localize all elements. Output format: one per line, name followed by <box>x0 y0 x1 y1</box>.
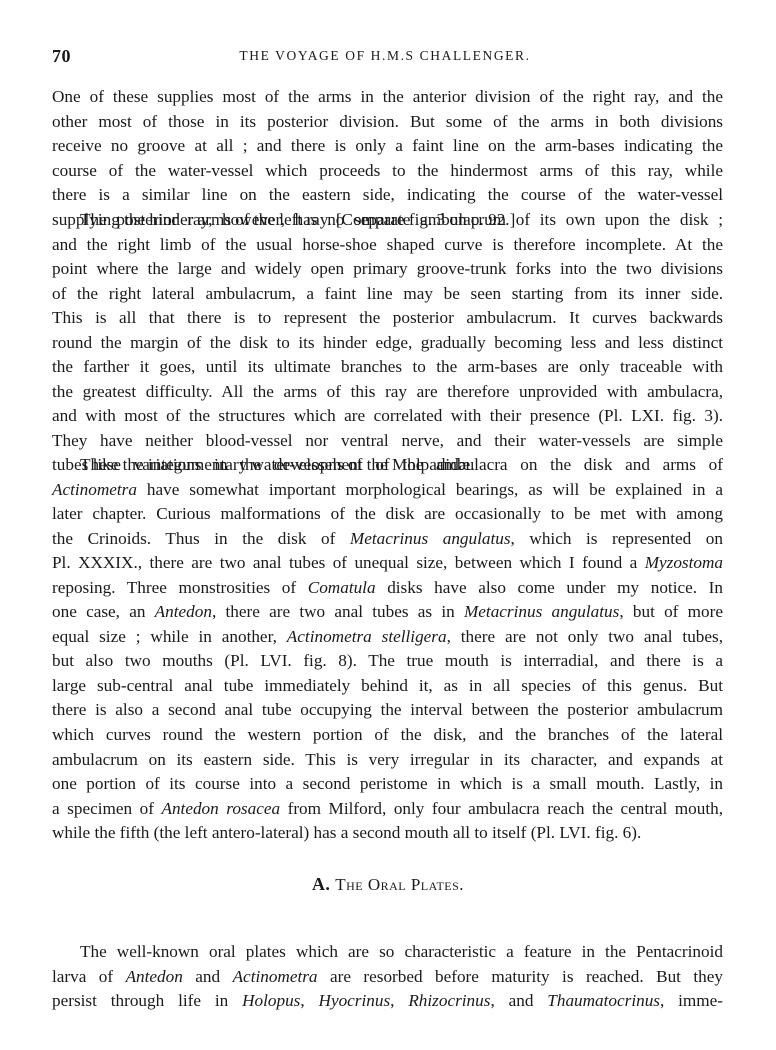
text-run: One of these supplies most of the arms i… <box>52 87 723 106</box>
text-run: are resorbed before maturity is reached.… <box>318 967 723 986</box>
text-run: , there are two anal tubes as in <box>212 602 464 621</box>
text-run: , <box>300 991 318 1010</box>
text-run: , imme- <box>660 991 723 1010</box>
text-run: larva of <box>52 967 126 986</box>
text-line: The posterior ray, however, has no separ… <box>52 208 723 233</box>
text-run: there is a similar line on the eastern s… <box>52 185 723 204</box>
italic-taxon-name: Metacrinus angulatus <box>464 602 619 621</box>
text-line: other most of those in its posterior div… <box>52 110 723 135</box>
text-line: there is a similar line on the eastern s… <box>52 183 723 208</box>
text-line: persist through life in Holopus, Hyocrin… <box>52 989 723 1014</box>
text-run: and <box>183 967 233 986</box>
text-run: These variations in the development of t… <box>80 455 723 474</box>
italic-taxon-name: Metacrinus angulatus <box>350 529 511 548</box>
text-line: which curves round the western portion o… <box>52 723 723 748</box>
text-line: The well-known oral plates which are so … <box>52 940 723 965</box>
text-line: of the right lateral ambulacrum, a faint… <box>52 282 723 307</box>
text-run: there is also a second anal tube occupyi… <box>52 700 723 719</box>
text-run: Pl. XXXIX., there are two anal tubes of … <box>52 553 645 572</box>
text-run: one case, an <box>52 602 155 621</box>
text-line: one portion of its course into a second … <box>52 772 723 797</box>
text-run: , there are not only two anal tubes, <box>447 627 723 646</box>
text-line: These variations in the development of t… <box>52 453 723 478</box>
text-run: and with most of the structures which ar… <box>52 406 723 425</box>
text-line: while the fifth (the left antero-lateral… <box>52 821 723 846</box>
italic-taxon-name: Actinometra <box>233 967 318 986</box>
text-line: Pl. XXXIX., there are two anal tubes of … <box>52 551 723 576</box>
text-run: but also two mouths (Pl. LVI. fig. 8). T… <box>52 651 723 670</box>
italic-taxon-name: Hyocrinus <box>319 991 391 1010</box>
paragraph-posterior-ray: The posterior ray, however, has no separ… <box>52 208 723 478</box>
text-run: one portion of its course into a second … <box>52 774 723 793</box>
text-line: course of the water-vessel which proceed… <box>52 159 723 184</box>
text-line: the farther it goes, until its ultimate … <box>52 355 723 380</box>
italic-taxon-name: Holopus <box>242 991 300 1010</box>
text-run: point where the large and widely open pr… <box>52 259 723 278</box>
text-run: , and <box>490 991 547 1010</box>
text-line: the greatest difficulty. All the arms of… <box>52 380 723 405</box>
text-line: a specimen of Antedon rosacea from Milfo… <box>52 797 723 822</box>
italic-taxon-name: Antedon <box>155 602 212 621</box>
text-line: larva of Antedon and Actinometra are res… <box>52 965 723 990</box>
section-heading: A. The Oral Plates. <box>0 874 776 895</box>
text-line: the Crinoids. Thus in the disk of Metacr… <box>52 527 723 552</box>
text-run: reposing. Three monstrosities of <box>52 578 308 597</box>
running-head: THE VOYAGE OF H.M.S CHALLENGER. <box>230 48 540 64</box>
text-run: , <box>390 991 408 1010</box>
text-line: Actinometra have somewhat important morp… <box>52 478 723 503</box>
paragraph-variations: These variations in the development of t… <box>52 453 723 846</box>
text-run: the farther it goes, until its ultimate … <box>52 357 723 376</box>
italic-taxon-name: Myzostoma <box>645 553 723 572</box>
text-run: , but of more <box>619 602 723 621</box>
text-line: This is all that there is to represent t… <box>52 306 723 331</box>
text-run: They have neither blood-vessel nor ventr… <box>52 431 723 450</box>
text-line: and with most of the structures which ar… <box>52 404 723 429</box>
text-line: receive no groove at all ; and there is … <box>52 134 723 159</box>
paragraph-oral-plates: The well-known oral plates which are so … <box>52 940 723 1014</box>
section-letter: A. <box>312 874 331 894</box>
text-run: The well-known oral plates which are so … <box>80 942 723 961</box>
text-run: which curves round the western portion o… <box>52 725 723 744</box>
text-line: and the right limb of the usual horse-sh… <box>52 233 723 258</box>
text-run: other most of those in its posterior div… <box>52 112 723 131</box>
text-run: persist through life in <box>52 991 242 1010</box>
italic-taxon-name: Actinometra stelligera <box>287 627 447 646</box>
text-line: equal size ; while in another, Actinomet… <box>52 625 723 650</box>
italic-taxon-name: Antedon <box>126 967 183 986</box>
text-line: round the margin of the disk to its hind… <box>52 331 723 356</box>
text-run: the Crinoids. Thus in the disk of <box>52 529 350 548</box>
text-run: disks have also come under my notice. In <box>376 578 723 597</box>
italic-taxon-name: Rhizocrinus <box>408 991 490 1010</box>
text-run: round the margin of the disk to its hind… <box>52 333 723 352</box>
text-line: there is also a second anal tube occupyi… <box>52 698 723 723</box>
text-line: large sub-central anal tube immediately … <box>52 674 723 699</box>
page-number: 70 <box>52 46 71 67</box>
section-title: The Oral Plates. <box>335 875 464 894</box>
text-run: The posterior ray, however, has no separ… <box>80 210 723 229</box>
text-line: ambulacrum on its eastern side. This is … <box>52 748 723 773</box>
text-run: course of the water-vessel which proceed… <box>52 161 723 180</box>
text-run: , which is represented on <box>511 529 723 548</box>
text-line: reposing. Three monstrosities of Comatul… <box>52 576 723 601</box>
text-line: point where the large and widely open pr… <box>52 257 723 282</box>
text-run: later chapter. Curious malformations of … <box>52 504 723 523</box>
text-line: one case, an Antedon, there are two anal… <box>52 600 723 625</box>
text-run: and the right limb of the usual horse-sh… <box>52 235 723 254</box>
text-run: have somewhat important morphological be… <box>137 480 723 499</box>
text-run: a specimen of <box>52 799 161 818</box>
text-run: while the fifth (the left antero-lateral… <box>52 823 641 842</box>
text-run: equal size ; while in another, <box>52 627 287 646</box>
text-run: from Milford, only four ambulacra reach … <box>280 799 723 818</box>
text-run: the greatest difficulty. All the arms of… <box>52 382 723 401</box>
text-line: but also two mouths (Pl. LVI. fig. 8). T… <box>52 649 723 674</box>
text-run: large sub-central anal tube immediately … <box>52 676 723 695</box>
italic-taxon-name: Comatula <box>308 578 376 597</box>
text-line: later chapter. Curious malformations of … <box>52 502 723 527</box>
text-run: receive no groove at all ; and there is … <box>52 136 723 155</box>
italic-taxon-name: Actinometra <box>52 480 137 499</box>
text-run: This is all that there is to represent t… <box>52 308 723 327</box>
italic-taxon-name: Antedon rosacea <box>161 799 280 818</box>
text-run: ambulacrum on its eastern side. This is … <box>52 750 723 769</box>
italic-taxon-name: Thaumatocrinus <box>547 991 660 1010</box>
text-run: of the right lateral ambulacrum, a faint… <box>52 284 723 303</box>
text-line: They have neither blood-vessel nor ventr… <box>52 429 723 454</box>
text-line: One of these supplies most of the arms i… <box>52 85 723 110</box>
